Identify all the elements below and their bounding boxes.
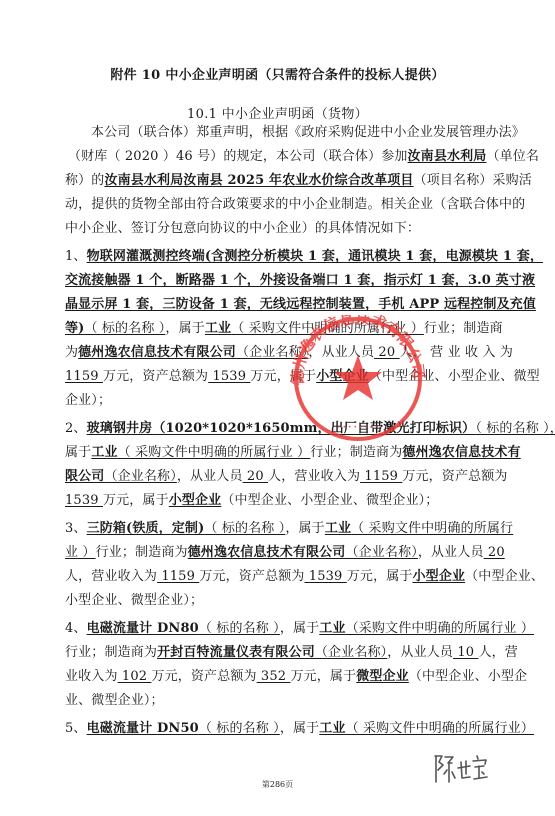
label: 业 ） xyxy=(65,545,96,560)
text: 称）的 xyxy=(65,173,104,188)
item-2-line-1: 2、玻璃钢井房（1020*1020*1650mm，出厂自带激光打印标识）（ 标的… xyxy=(65,417,455,436)
label: （采购文件中明确的所属行业 ） xyxy=(346,621,534,636)
text: 万元，属于 xyxy=(347,569,413,584)
item-3-line-2: 业 ）行业；制造商为德州逸农信息技术有限公司（企业名称），从业人员 20 xyxy=(65,541,455,560)
text: 人， 营 业 收 入 为 xyxy=(400,345,513,360)
maker: 德州逸农信息技术有 xyxy=(402,445,520,460)
label: （ 采购文件中明确的所属行业 ） xyxy=(231,321,424,336)
enterprise-size: 小型企业 xyxy=(413,569,466,584)
assets: 352 xyxy=(257,669,291,684)
label: （ 采购文件中明确的所属行 xyxy=(351,521,513,536)
text: 属于 xyxy=(65,445,91,460)
industry: 工业 xyxy=(91,445,117,460)
item-number: 3、 xyxy=(65,521,87,536)
text: ，属于 xyxy=(165,321,204,336)
item-2-line-4: 1539 万元，属于小型企业（中型企业、小型企业、微型企业）； xyxy=(65,489,455,508)
industry: 工业 xyxy=(205,321,231,336)
industry: 工业 xyxy=(325,521,351,536)
label: （ 标的名称 ） xyxy=(199,721,280,736)
staff-count: 20 xyxy=(243,469,268,484)
industry: 工业 xyxy=(319,621,345,636)
text: 万元，属于 xyxy=(250,369,316,384)
item-2-line-2: 属于工业（ 采购文件中明确的所属行业 ）行业；制造商为德州逸农信息技术有 xyxy=(65,441,455,460)
item-1-line-5: 为德州逸农信息技术有限公司（企业名称），从业人员 20 人， 营 业 收 入 为 xyxy=(65,341,455,360)
item-1-line-4: 等)（ 标的名称 ），属于工业（ 采购文件中明确的所属行业 ）行业；制造商 xyxy=(65,317,455,336)
text: 万元，资产总额为 xyxy=(151,669,256,684)
text: 万元，资产总额为 xyxy=(103,369,208,384)
text: 人，营业收入为 xyxy=(65,569,157,584)
text: 万元，资产总额为 xyxy=(402,469,507,484)
label: （ 标的名称 ）， xyxy=(475,421,555,436)
revenue: 102 xyxy=(118,669,152,684)
assets: 1539 xyxy=(65,493,103,508)
label: （企业名称） xyxy=(345,545,417,560)
staff-count: 20 xyxy=(484,545,505,560)
label: （企业名称） xyxy=(236,345,308,360)
staff-count: 10 xyxy=(453,645,478,660)
text: （中型企业、小型企 xyxy=(409,669,527,684)
item-number: 5、 xyxy=(65,721,87,736)
enterprise-size: 小型企业 xyxy=(316,369,369,384)
text: ，属于 xyxy=(285,521,324,536)
maker: 限公司 xyxy=(65,469,104,484)
enterprise-size: 小型企业 xyxy=(169,493,222,508)
enterprise-size: 微型企业 xyxy=(356,669,409,684)
text: （项目名称）采购活 xyxy=(414,173,532,188)
intro-line-1: 本公司（联合体）郑重声明，根据《政府采购促进中小企业发展管理办法》 xyxy=(91,121,481,140)
intro-line-2: （财库（ 2020 ）46 号）的规定，本公司（联合体）参加汝南县水利局（单位名 xyxy=(68,145,458,164)
label: （ 标的名称 ） xyxy=(204,521,285,536)
item-name: 三防箱(铁质，定制) xyxy=(87,521,205,536)
maker: 德州逸农信息技术有限公司 xyxy=(78,345,236,360)
text: （中型企业、 xyxy=(465,569,544,584)
revenue: 1159 xyxy=(65,369,103,384)
text: 为 xyxy=(65,345,78,360)
text: 行业；制造商为 xyxy=(96,545,188,560)
item-4-line-3: 业收入为 102 万元，资产总额为 352 万元，属于微型企业（中型企业、小型企 xyxy=(65,665,455,684)
label: （ 采购文件中明确的所属行业 ） xyxy=(118,445,311,460)
intro-line-4: 动，提供的货物全部由符合政策要求的中小企业制造。相关企业（含联合体中的 xyxy=(65,193,455,212)
label: （企业名称） xyxy=(104,469,176,484)
industry: 工业 xyxy=(319,721,345,736)
item-1-line-1: 1、物联网灌溉测控终端(含测控分析模块 1 套，通讯模块 1 套，电源模块 1 … xyxy=(65,245,455,264)
item-name: 电磁流量计 DN50 xyxy=(87,721,199,736)
intro-line-3: 称）的汝南县水利局汝南县 2025 年农业水价综合改革项目（项目名称）采购活 xyxy=(65,169,455,188)
text: 人，营 xyxy=(478,645,517,660)
text: 行业；制造商为 xyxy=(310,445,402,460)
text: ，从业人员 xyxy=(387,645,453,660)
item-number: 4、 xyxy=(65,621,87,636)
document-page: 附件 10 中小企业声明函（只需符合条件的投标人提供） 10.1 中小企业声明函… xyxy=(0,0,555,816)
item-3-line-4: 小型企业、微型企业）； xyxy=(65,589,455,608)
revenue: 1159 xyxy=(360,469,402,484)
assets: 1539 xyxy=(208,369,250,384)
item-number: 2、 xyxy=(65,421,87,436)
text: 行业；制造商 xyxy=(424,321,503,336)
item-4-line-1: 4、电磁流量计 DN80（ 标的名称 ），属于工业（采购文件中明确的所属行业 ） xyxy=(65,617,455,636)
item-name: 物联网灌溉测控终端(含测控分析模块 1 套，通讯模块 1 套，电源模块 1 套， xyxy=(87,249,543,264)
text: （单位名 xyxy=(486,149,539,164)
unit-name: 汝南县水利局 xyxy=(408,149,487,164)
revenue: 1159 xyxy=(157,569,199,584)
item-1-line-2: 交流接触器 1 个，断路器 1 个，外接设备端口 1 套，指示灯 1 套，3.0… xyxy=(65,269,455,288)
item-5-line-1: 5、电磁流量计 DN50（ 标的名称 ），属于工业（ 采购文件中明确的所属行业） xyxy=(65,717,455,736)
item-1-line-3: 晶显示屏 1 套，三防设备 1 套，无线远程控制装置，手机 APP 远程控制及充… xyxy=(65,293,455,312)
text: 人，营业收入为 xyxy=(268,469,360,484)
label: （企业名称） xyxy=(315,645,387,660)
maker: 开封百特流量仪表有限公司 xyxy=(157,645,315,660)
label: （ 标的名称 ） xyxy=(84,321,165,336)
item-number: 1、 xyxy=(65,249,87,264)
item-4-line-2: 行业；制造商为开封百特流量仪表有限公司（企业名称），从业人员 10 人，营 xyxy=(65,641,455,660)
staff-count: 20 xyxy=(374,345,399,360)
maker: 德州逸农信息技术有限公司 xyxy=(188,545,346,560)
item-name: 等) xyxy=(65,321,84,336)
text: 万元，资产总额为 xyxy=(199,569,304,584)
item-4-line-4: 业、微型企业）； xyxy=(65,689,455,708)
project-name: 汝南县水利局汝南县 2025 年农业水价综合改革项目 xyxy=(104,173,413,188)
item-1-line-6: 1159 万元，资产总额为 1539 万元，属于小型企业（中型企业、小型企业、微… xyxy=(65,365,455,384)
text: （中型企业、小型企业、微型 xyxy=(369,369,540,384)
label: （ 采购文件中明确的所属行业） xyxy=(346,721,534,736)
text: ，从业人员 xyxy=(177,469,243,484)
page-number: 第286页 xyxy=(0,779,555,790)
assets: 1539 xyxy=(305,569,347,584)
item-3-line-3: 人，营业收入为 1159 万元，资产总额为 1539 万元，属于小型企业（中型企… xyxy=(65,565,455,584)
text: 万元，属于 xyxy=(103,493,169,508)
label: （ 标的名称 ） xyxy=(199,621,280,636)
text: 行业；制造商为 xyxy=(65,645,157,660)
text: ，从业人员 xyxy=(308,345,374,360)
text: ，属于 xyxy=(280,721,319,736)
item-name: 玻璃钢井房（1020*1020*1650mm，出厂自带激光打印标识） xyxy=(87,421,476,436)
text: （中型企业、小型企业、微型企业）； xyxy=(221,493,438,508)
item-3-line-1: 3、三防箱(铁质，定制)（ 标的名称 ），属于工业（ 采购文件中明确的所属行 xyxy=(65,517,455,536)
document-heading: 附件 10 中小企业声明函（只需符合条件的投标人提供） xyxy=(0,64,555,83)
text: ，属于 xyxy=(280,621,319,636)
item-1-line-7: 企业）； xyxy=(65,389,455,408)
item-2-line-3: 限公司（企业名称），从业人员 20 人，营业收入为 1159 万元，资产总额为 xyxy=(65,465,455,484)
intro-line-5: 中小企业、签订分包意向协议的中小企业）的具体情况如下： xyxy=(65,217,455,236)
text: 业收入为 xyxy=(65,669,118,684)
document-subheading: 10.1 中小企业声明函（货物） xyxy=(0,103,555,122)
item-name: 电磁流量计 DN80 xyxy=(87,621,199,636)
text: （财库（ 2020 ）46 号）的规定，本公司（联合体）参加 xyxy=(68,149,408,164)
text: 万元，属于 xyxy=(290,669,356,684)
text: ，从业人员 xyxy=(418,545,484,560)
